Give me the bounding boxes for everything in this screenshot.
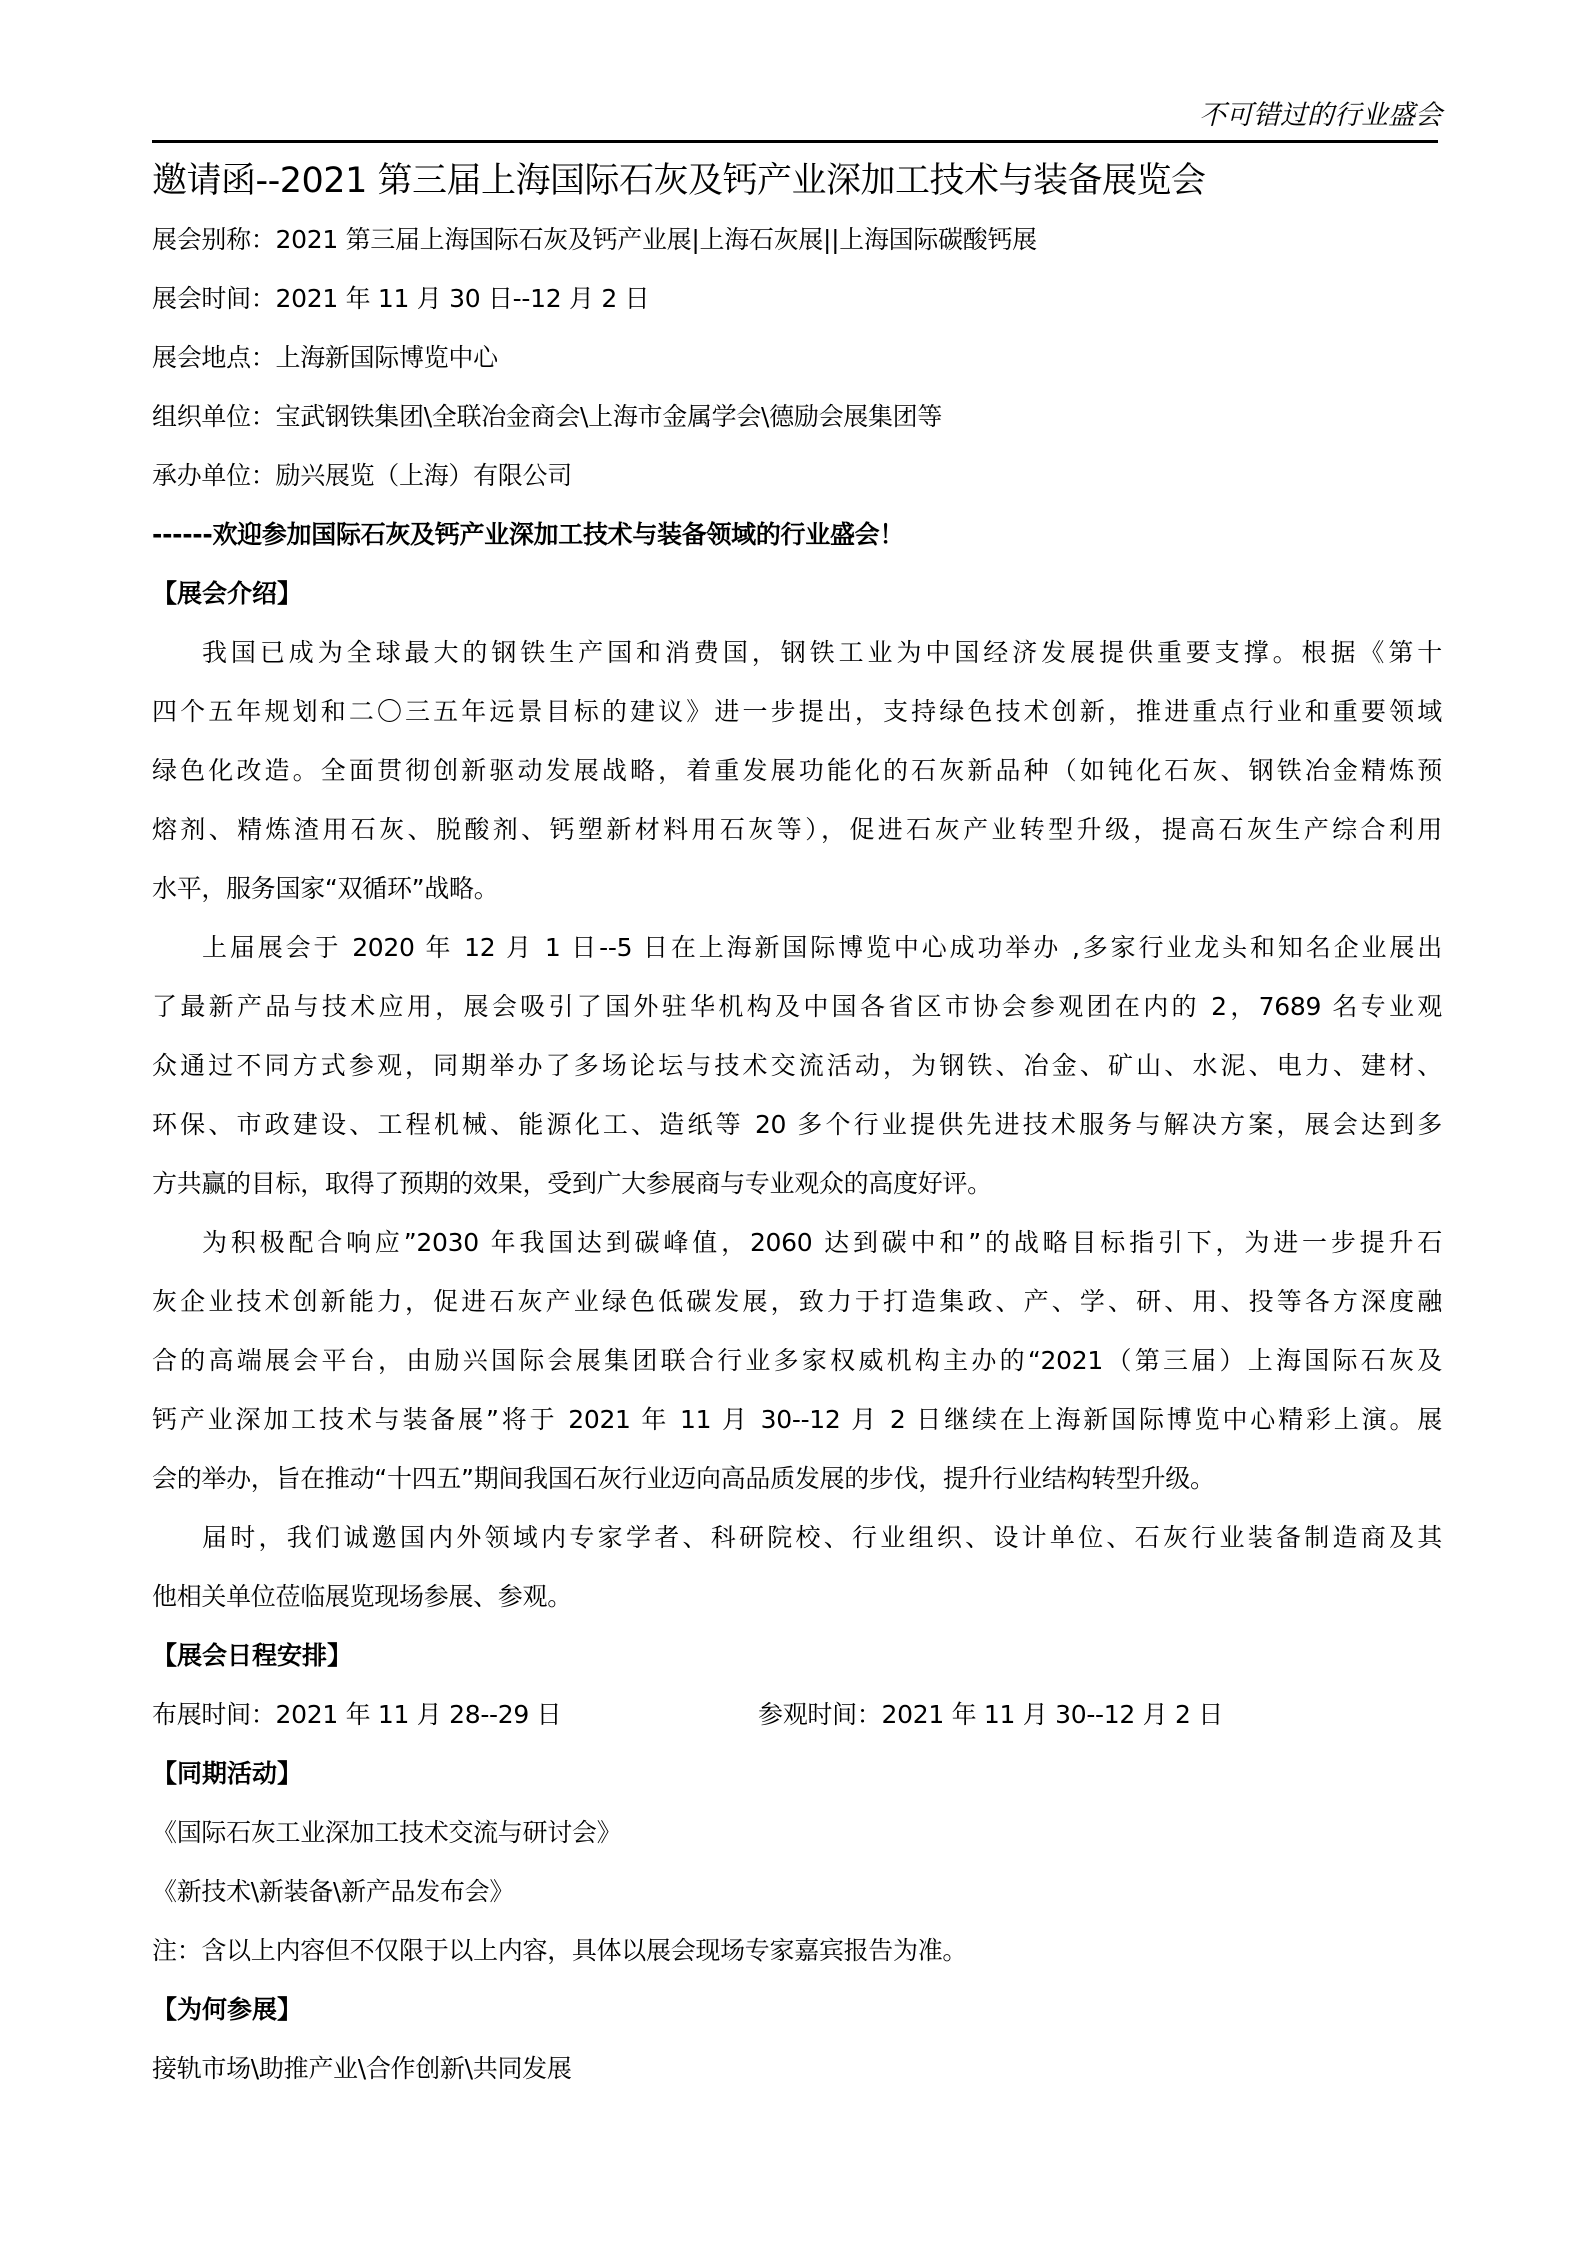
document-title: 邀请函--2021 第三届上海国际石灰及钙产业深加工技术与装备展览会 xyxy=(152,152,1442,210)
paragraph-line: 上届展会于 2020 年 12 月 1 日--5 日在上海新国际博览中心成功举办… xyxy=(152,918,1442,977)
event-item: 《国际石灰工业深加工技术交流与研讨会》 xyxy=(152,1803,1442,1862)
header-divider xyxy=(152,140,1438,143)
paragraph-line: 灰企业技术创新能力，促进石灰产业绿色低碳发展，致力于打造集政、产、学、研、用、投… xyxy=(152,1272,1442,1331)
schedule-setup-time: 布展时间：2021 年 11 月 28--29 日 xyxy=(152,1685,758,1744)
info-organizers: 组织单位：宝武钢铁集团\全联冶金商会\上海市金属学会\德励会展集团等 xyxy=(152,387,1442,446)
intro-paragraph-2: 上届展会于 2020 年 12 月 1 日--5 日在上海新国际博览中心成功举办… xyxy=(152,918,1442,1213)
paragraph-line: 水平，服务国家“双循环”战略。 xyxy=(152,859,1442,918)
info-time: 展会时间：2021 年 11 月 30 日--12 月 2 日 xyxy=(152,269,1442,328)
info-alias: 展会别称：2021 第三届上海国际石灰及钙产业展|上海石灰展||上海国际碳酸钙展 xyxy=(152,210,1442,269)
document-content: 邀请函--2021 第三届上海国际石灰及钙产业深加工技术与装备展览会 展会别称：… xyxy=(152,152,1442,2098)
paragraph-line: 四个五年规划和二〇三五年远景目标的建议》进一步提出，支持绿色技术创新，推进重点行… xyxy=(152,682,1442,741)
section-heading-schedule: 【展会日程安排】 xyxy=(152,1626,1442,1685)
paragraph-line: 熔剂、精炼渣用石灰、脱酸剂、钙塑新材料用石灰等），促进石灰产业转型升级，提高石灰… xyxy=(152,800,1442,859)
paragraph-line: 绿色化改造。全面贯彻创新驱动发展战略，着重发展功能化的石灰新品种（如钝化石灰、钢… xyxy=(152,741,1442,800)
event-item: 《新技术\新装备\新产品发布会》 xyxy=(152,1862,1442,1921)
info-venue: 展会地点：上海新国际博览中心 xyxy=(152,328,1442,387)
intro-paragraph-1: 我国已成为全球最大的钢铁生产国和消费国，钢铁工业为中国经济发展提供重要支撑。根据… xyxy=(152,623,1442,918)
running-header: 不可错过的行业盛会 xyxy=(1199,98,1442,134)
section-heading-why: 【为何参展】 xyxy=(152,1980,1442,2039)
paragraph-line: 钙产业深加工技术与装备展”将于 2021 年 11 月 30--12 月 2 日… xyxy=(152,1390,1442,1449)
paragraph-line: 方共赢的目标，取得了预期的效果，受到广大参展商与专业观众的高度好评。 xyxy=(152,1154,1442,1213)
events-note: 注：含以上内容但不仅限于以上内容，具体以展会现场专家嘉宾报告为准。 xyxy=(152,1921,1442,1980)
paragraph-line: 了最新产品与技术应用，展会吸引了国外驻华机构及中国各省区市协会参观团在内的 2，… xyxy=(152,977,1442,1036)
welcome-banner: ------欢迎参加国际石灰及钙产业深加工技术与装备领域的行业盛会！ xyxy=(152,505,1442,564)
paragraph-line: 我国已成为全球最大的钢铁生产国和消费国，钢铁工业为中国经济发展提供重要支撑。根据… xyxy=(152,623,1442,682)
paragraph-line: 众通过不同方式参观，同期举办了多场论坛与技术交流活动，为钢铁、冶金、矿山、水泥、… xyxy=(152,1036,1442,1095)
paragraph-line: 为积极配合响应”2030 年我国达到碳峰值，2060 达到碳中和”的战略目标指引… xyxy=(152,1213,1442,1272)
section-heading-intro: 【展会介绍】 xyxy=(152,564,1442,623)
paragraph-line: 环保、市政建设、工程机械、能源化工、造纸等 20 多个行业提供先进技术服务与解决… xyxy=(152,1095,1442,1154)
section-heading-events: 【同期活动】 xyxy=(152,1744,1442,1803)
intro-paragraph-4: 届时，我们诚邀国内外领域内专家学者、科研院校、行业组织、设计单位、石灰行业装备制… xyxy=(152,1508,1442,1626)
paragraph-line: 他相关单位莅临展览现场参展、参观。 xyxy=(152,1567,1442,1626)
schedule-visit-time: 参观时间：2021 年 11 月 30--12 月 2 日 xyxy=(758,1685,1223,1744)
paragraph-line: 合的高端展会平台，由励兴国际会展集团联合行业多家权威机构主办的“2021（第三届… xyxy=(152,1331,1442,1390)
why-text: 接轨市场\助推产业\合作创新\共同发展 xyxy=(152,2039,1442,2098)
paragraph-line: 会的举办，旨在推动“十四五”期间我国石灰行业迈向高品质发展的步伐，提升行业结构转… xyxy=(152,1449,1442,1508)
paragraph-line: 届时，我们诚邀国内外领域内专家学者、科研院校、行业组织、设计单位、石灰行业装备制… xyxy=(152,1508,1442,1567)
info-undertaker: 承办单位：励兴展览（上海）有限公司 xyxy=(152,446,1442,505)
schedule-row: 布展时间：2021 年 11 月 28--29 日 参观时间：2021 年 11… xyxy=(152,1685,1442,1744)
intro-paragraph-3: 为积极配合响应”2030 年我国达到碳峰值，2060 达到碳中和”的战略目标指引… xyxy=(152,1213,1442,1508)
